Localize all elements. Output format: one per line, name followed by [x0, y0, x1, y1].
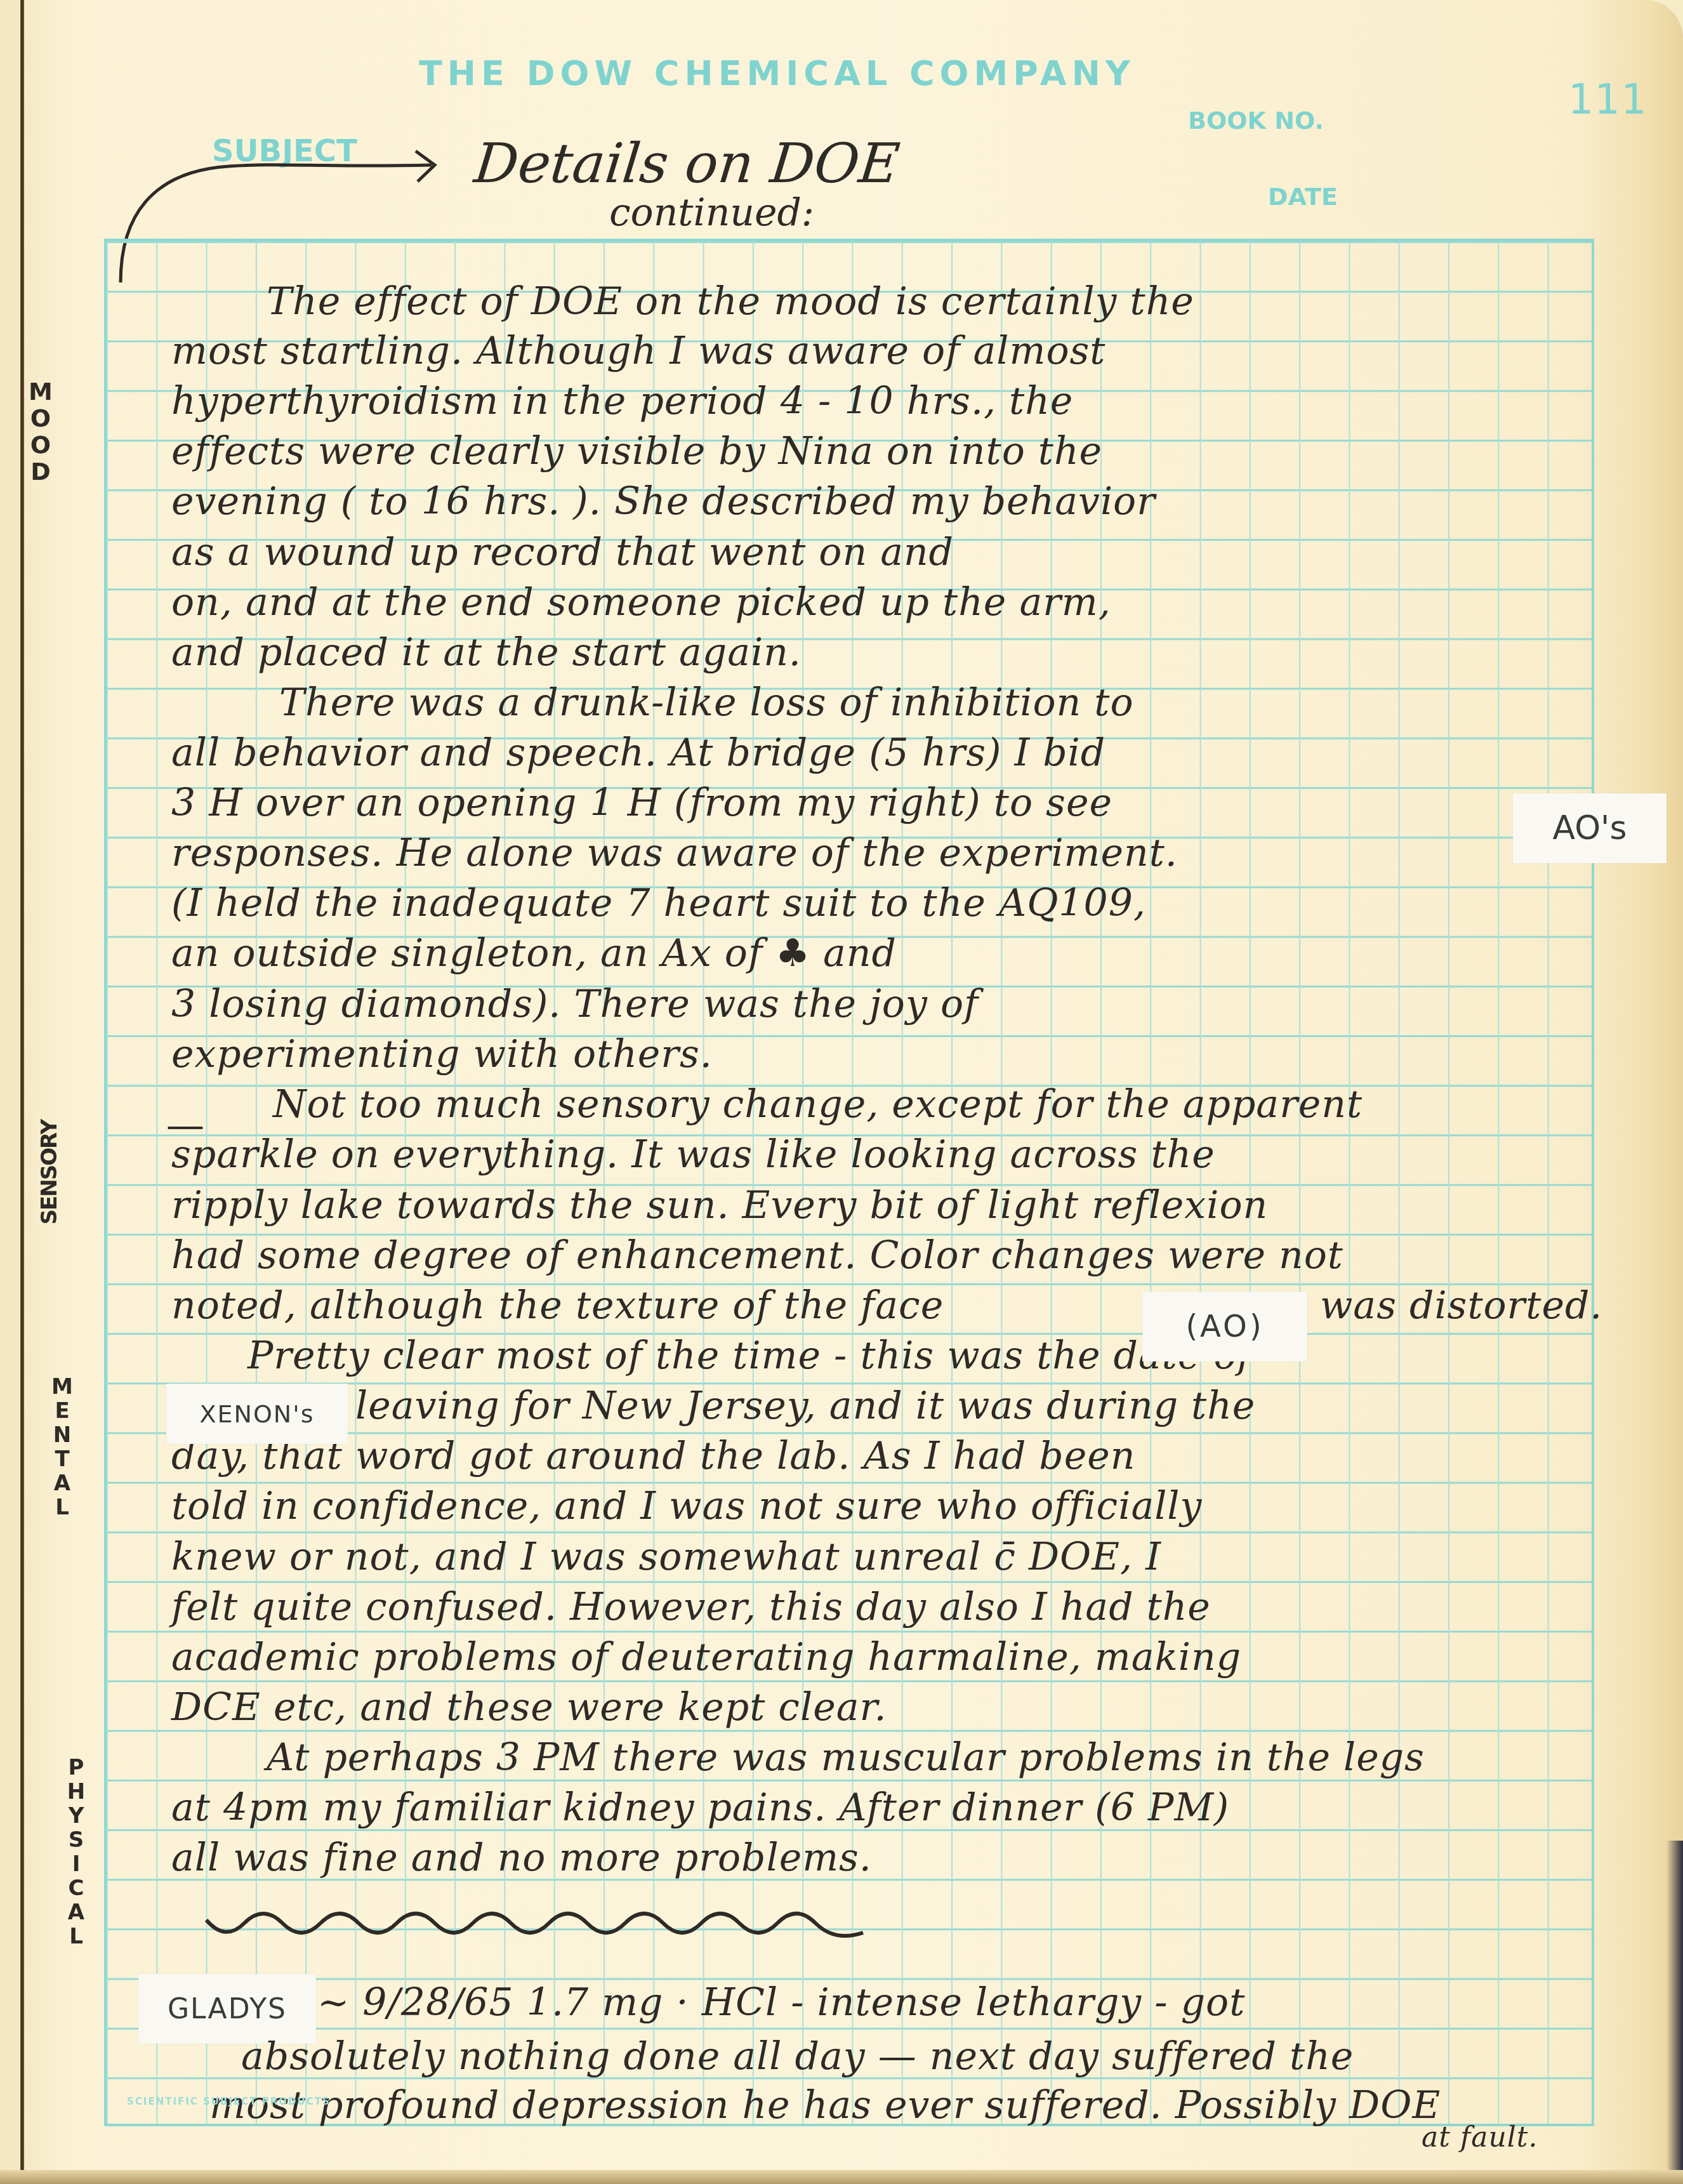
handwritten-line: (I held the inadequate 7 heart suit to t… — [171, 881, 1146, 925]
page-edge-shadow — [1666, 1841, 1683, 2184]
section-dash: — — [166, 1103, 204, 1148]
redaction-label-gladys: GLADYS — [138, 1974, 316, 2044]
redaction-label-ao: (AO) — [1142, 1292, 1307, 1361]
binding-edge — [20, 0, 24, 2184]
handwritten-line: an outside singleton, an Ax of ♣ and — [171, 931, 897, 976]
handwritten-line: at 4pm my familiar kidney pains. After d… — [171, 1785, 1229, 1830]
handwritten-line: felt quite confused. However, this day a… — [171, 1585, 1211, 1629]
handwritten-line: academic problems of deuterating harmali… — [171, 1635, 1241, 1679]
handwritten-line: At perhaps 3 PM there was muscular probl… — [267, 1735, 1425, 1780]
footnote-line: ~ 9/28/65 1.7 mg · HCl - intense letharg… — [317, 1980, 1245, 2025]
handwritten-line: and placed it at the start again. — [171, 630, 802, 675]
footer-imprint: SCIENTIFIC SUBJECT PRODUCTS — [127, 2096, 331, 2107]
handwritten-line: Pretty clear most of the time - this was… — [247, 1334, 1252, 1378]
margin-label-physical: PHYSICAL — [63, 1755, 89, 1948]
page-number: 111 — [1567, 75, 1647, 124]
handwritten-line: most startling. Although I was aware of … — [171, 329, 1105, 373]
subject-continued: continued: — [609, 190, 814, 235]
footnote-line: most profound depression he has ever suf… — [209, 2083, 1441, 2128]
date-label: DATE — [1268, 183, 1338, 211]
handwritten-line: was distorted. — [1320, 1283, 1602, 1328]
company-header: THE DOW CHEMICAL COMPANY — [419, 53, 1135, 93]
footnote-line: at fault. — [1422, 2121, 1538, 2154]
handwritten-line: effects were clearly visible by Nina on … — [171, 429, 1102, 473]
handwritten-line: sparkle on everything. It was like looki… — [171, 1132, 1215, 1177]
handwritten-line: on, and at the end someone picked up the… — [171, 580, 1111, 625]
footnote-line: absolutely nothing done all day — next d… — [241, 2034, 1354, 2079]
handwritten-line: hyperthyroidism in the period 4 - 10 hrs… — [171, 379, 1073, 423]
handwritten-line: knew or not, and I was somewhat unreal c… — [171, 1535, 1161, 1579]
handwritten-line: Not too much sensory change, except for … — [273, 1082, 1363, 1127]
handwritten-line: There was a drunk-like loss of inhibitio… — [279, 680, 1134, 725]
handwritten-line: 3 H over an opening 1 H (from my right) … — [171, 781, 1112, 825]
handwritten-line: evening ( to 16 hrs. ). She described my… — [171, 479, 1156, 524]
handwritten-line: had some degree of enhancement. Color ch… — [171, 1233, 1343, 1278]
margin-label-mood: MOOD — [27, 378, 55, 484]
book-no-label: BOOK NO. — [1188, 107, 1324, 135]
page-bottom-edge — [0, 2170, 1683, 2184]
handwritten-line: leaving for New Jersey, and it was durin… — [355, 1384, 1255, 1428]
handwritten-line: DCE etc, and these were kept clear. — [171, 1685, 887, 1730]
handwritten-line: ripply lake towards the sun. Every bit o… — [171, 1183, 1268, 1228]
redaction-label-xenon: XENON's — [166, 1384, 348, 1444]
handwritten-line: experimenting with others. — [171, 1032, 713, 1076]
redaction-label-aos: AO's — [1513, 793, 1666, 863]
margin-label-mental: MENTAL — [49, 1374, 75, 1519]
handwritten-line: noted, although the texture of the face — [171, 1283, 944, 1328]
handwritten-line: 3 losing diamonds). There was the joy of — [171, 982, 979, 1026]
margin-label-sensory: SENSORY — [37, 1120, 62, 1225]
handwritten-line: The effect of DOE on the mood is certain… — [267, 279, 1194, 324]
handwritten-line: as a wound up record that went on and — [171, 530, 954, 574]
handwritten-line: told in confidence, and I was not sure w… — [171, 1484, 1202, 1528]
squiggle-divider — [203, 1907, 876, 1945]
subject-value: Details on DOE — [472, 132, 902, 195]
handwritten-line: responses. He alone was aware of the exp… — [171, 831, 1178, 875]
handwritten-line: all was fine and no more problems. — [171, 1836, 872, 1880]
handwritten-line: all behavior and speech. At bridge (5 hr… — [171, 731, 1105, 775]
